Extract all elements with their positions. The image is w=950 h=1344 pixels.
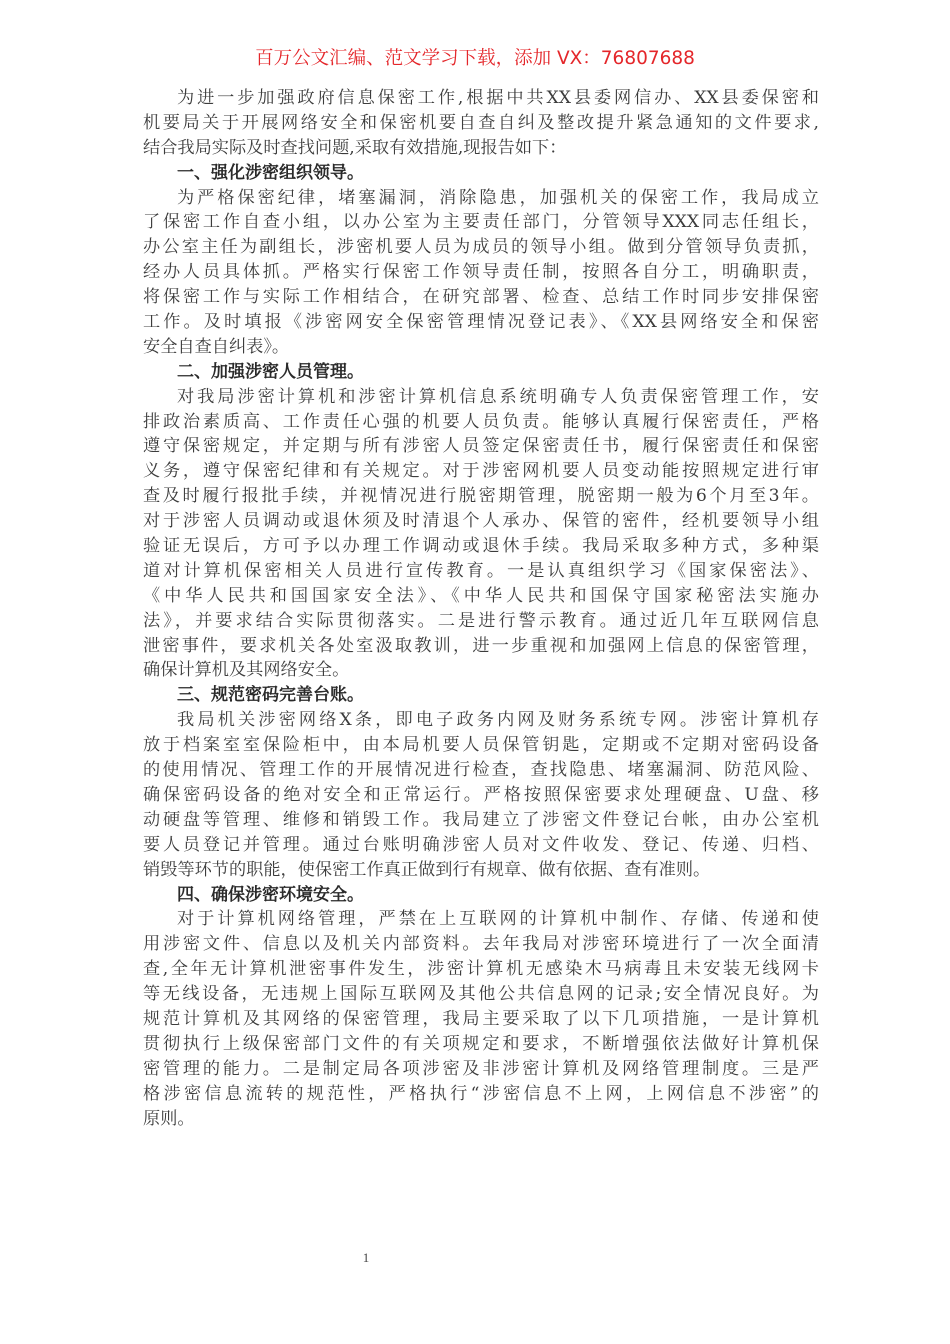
body-text-line: 格涉密信息流转的规范性，严格执行“涉密信息不上网，上网信息不涉密”的 [143,1082,819,1107]
body-text-line: 查,全年无计算机泄密事件发生，涉密计算机无感染木马病毒且未安装无线网卡 [143,957,819,982]
section-heading: 二、加强涉密人员管理。 [143,360,819,385]
body-text-line: 将保密工作与实际工作相结合，在研究部署、检查、总结工作时同步安排保密 [143,285,819,310]
paragraph-last-line: 安全自查自纠表》。 [143,335,819,360]
body-text-line: 了保密工作自查小组，以办公室为主要责任部门，分管领导XXX同志任组长， [143,210,819,235]
paragraph-last-line: 原则。 [143,1107,819,1132]
page-number: 1 [356,1250,376,1266]
body-text-line: 经办人员具体抓。严格实行保密工作领导责任制，按照各自分工，明确职责， [143,260,819,285]
section-heading: 三、规范密码完善台账。 [143,683,819,708]
paragraph-first-line: 对于计算机网络管理，严禁在上互联网的计算机中制作、存储、传递和使 [143,907,819,932]
paragraph-first-line: 我局机关涉密网络X条，即电子政务内网及财务系统专网。涉密计算机存 [143,708,819,733]
paragraph-first-line: 为严格保密纪律，堵塞漏洞，消除隐患，加强机关的保密工作，我局成立 [143,186,819,211]
paragraph-last-line: 结合我局实际及时查找问题,采取有效措施,现报告如下： [143,136,819,161]
body-text-line: 验证无误后，方可予以办理工作调动或退休手续。我局采取多种方式，多种渠 [143,534,819,559]
body-text-line: 要人员登记并管理。通过台账明确涉密人员对文件收发、登记、传递、归档、 [143,833,819,858]
paragraph-last-line: 销毁等环节的职能，使保密工作真正做到行有规章、做有依据、查有准则。 [143,858,819,883]
body-text-line: 法》，并要求结合实际贯彻落实。二是进行警示教育。通过近几年互联网信息 [143,609,819,634]
body-text-line: 遵守保密规定，并定期与所有涉密人员签定保密责任书，履行保密责任和保密 [143,434,819,459]
paragraph-last-line: 确保计算机及其网络安全。 [143,658,819,683]
body-text-line: 办公室主任为副组长，涉密机要人员为成员的领导小组。做到分管领导负责抓， [143,235,819,260]
body-text-line: 等无线设备，无违规上国际互联网及其他公共信息网的记录;安全情况良好。为 [143,982,819,1007]
body-text-line: 放于档案室室保险柜中，由本局机要人员保管钥匙，定期或不定期对密码设备 [143,733,819,758]
body-text-line: 《中华人民共和国国家安全法》、《中华人民共和国保守国家秘密法实施办 [143,584,819,609]
body-text-line: 工作。及时填报《涉密网安全保密管理情况登记表》、《XX县网络安全和保密 [143,310,819,335]
body-text-line: 义务，遵守保密纪律和有关规定。对于涉密网机要人员变动能按照规定进行审 [143,459,819,484]
body-text-line: 对于涉密人员调动或退休须及时清退个人承办、保管的密件，经机要领导小组 [143,509,819,534]
body-text-line: 查及时履行报批手续，并视情况进行脱密期管理，脱密期一般为6个月至3年。 [143,484,819,509]
body-text-line: 规范计算机及其网络的保密管理，我局主要采取了以下几项措施，一是计算机 [143,1007,819,1032]
body-text-line: 的使用情况、管理工作的开展情况进行检查，查找隐患、堵塞漏洞、防范风险、 [143,758,819,783]
watermark-header: 百万公文汇编、范文学习下载，添加 VX：76807688 [0,46,950,72]
body-text-line: 密管理的能力。二是制定局各项涉密及非涉密计算机及网络管理制度。三是严 [143,1057,819,1082]
section-heading: 一、强化涉密组织领导。 [143,161,819,186]
body-text-line: 排政治素质高、工作责任心强的机要人员负责。能够认真履行保密责任，严格 [143,410,819,435]
body-text-line: 用涉密文件、信息以及机关内部资料。去年我局对涉密环境进行了一次全面清 [143,932,819,957]
body-text-line: 动硬盘等管理、维修和销毁工作。我局建立了涉密文件登记台帐，由办公室机 [143,808,819,833]
paragraph-first-line: 对我局涉密计算机和涉密计算机信息系统明确专人负责保密管理工作，安 [143,385,819,410]
section-heading: 四、确保涉密环境安全。 [143,883,819,908]
body-text-line: 确保密码设备的绝对安全和正常运行。严格按照保密要求处理硬盘、U盘、移 [143,783,819,808]
body-text-line: 道对计算机保密相关人员进行宣传教育。一是认真组织学习《国家保密法》、 [143,559,819,584]
body-text-line: 机要局关于开展网络安全和保密机要自查自纠及整改提升紧急通知的文件要求, [143,111,819,136]
paragraph-first-line: 为进一步加强政府信息保密工作,根据中共XX县委网信办、XX县委保密和 [143,86,819,111]
document-body: 为进一步加强政府信息保密工作,根据中共XX县委网信办、XX县委保密和机要局关于开… [143,86,819,1131]
body-text-line: 泄密事件，要求机关各处室汲取教训，进一步重视和加强网上信息的保密管理， [143,634,819,659]
body-text-line: 贯彻执行上级保密部门文件的有关项规定和要求，不断增强依法做好计算机保 [143,1032,819,1057]
